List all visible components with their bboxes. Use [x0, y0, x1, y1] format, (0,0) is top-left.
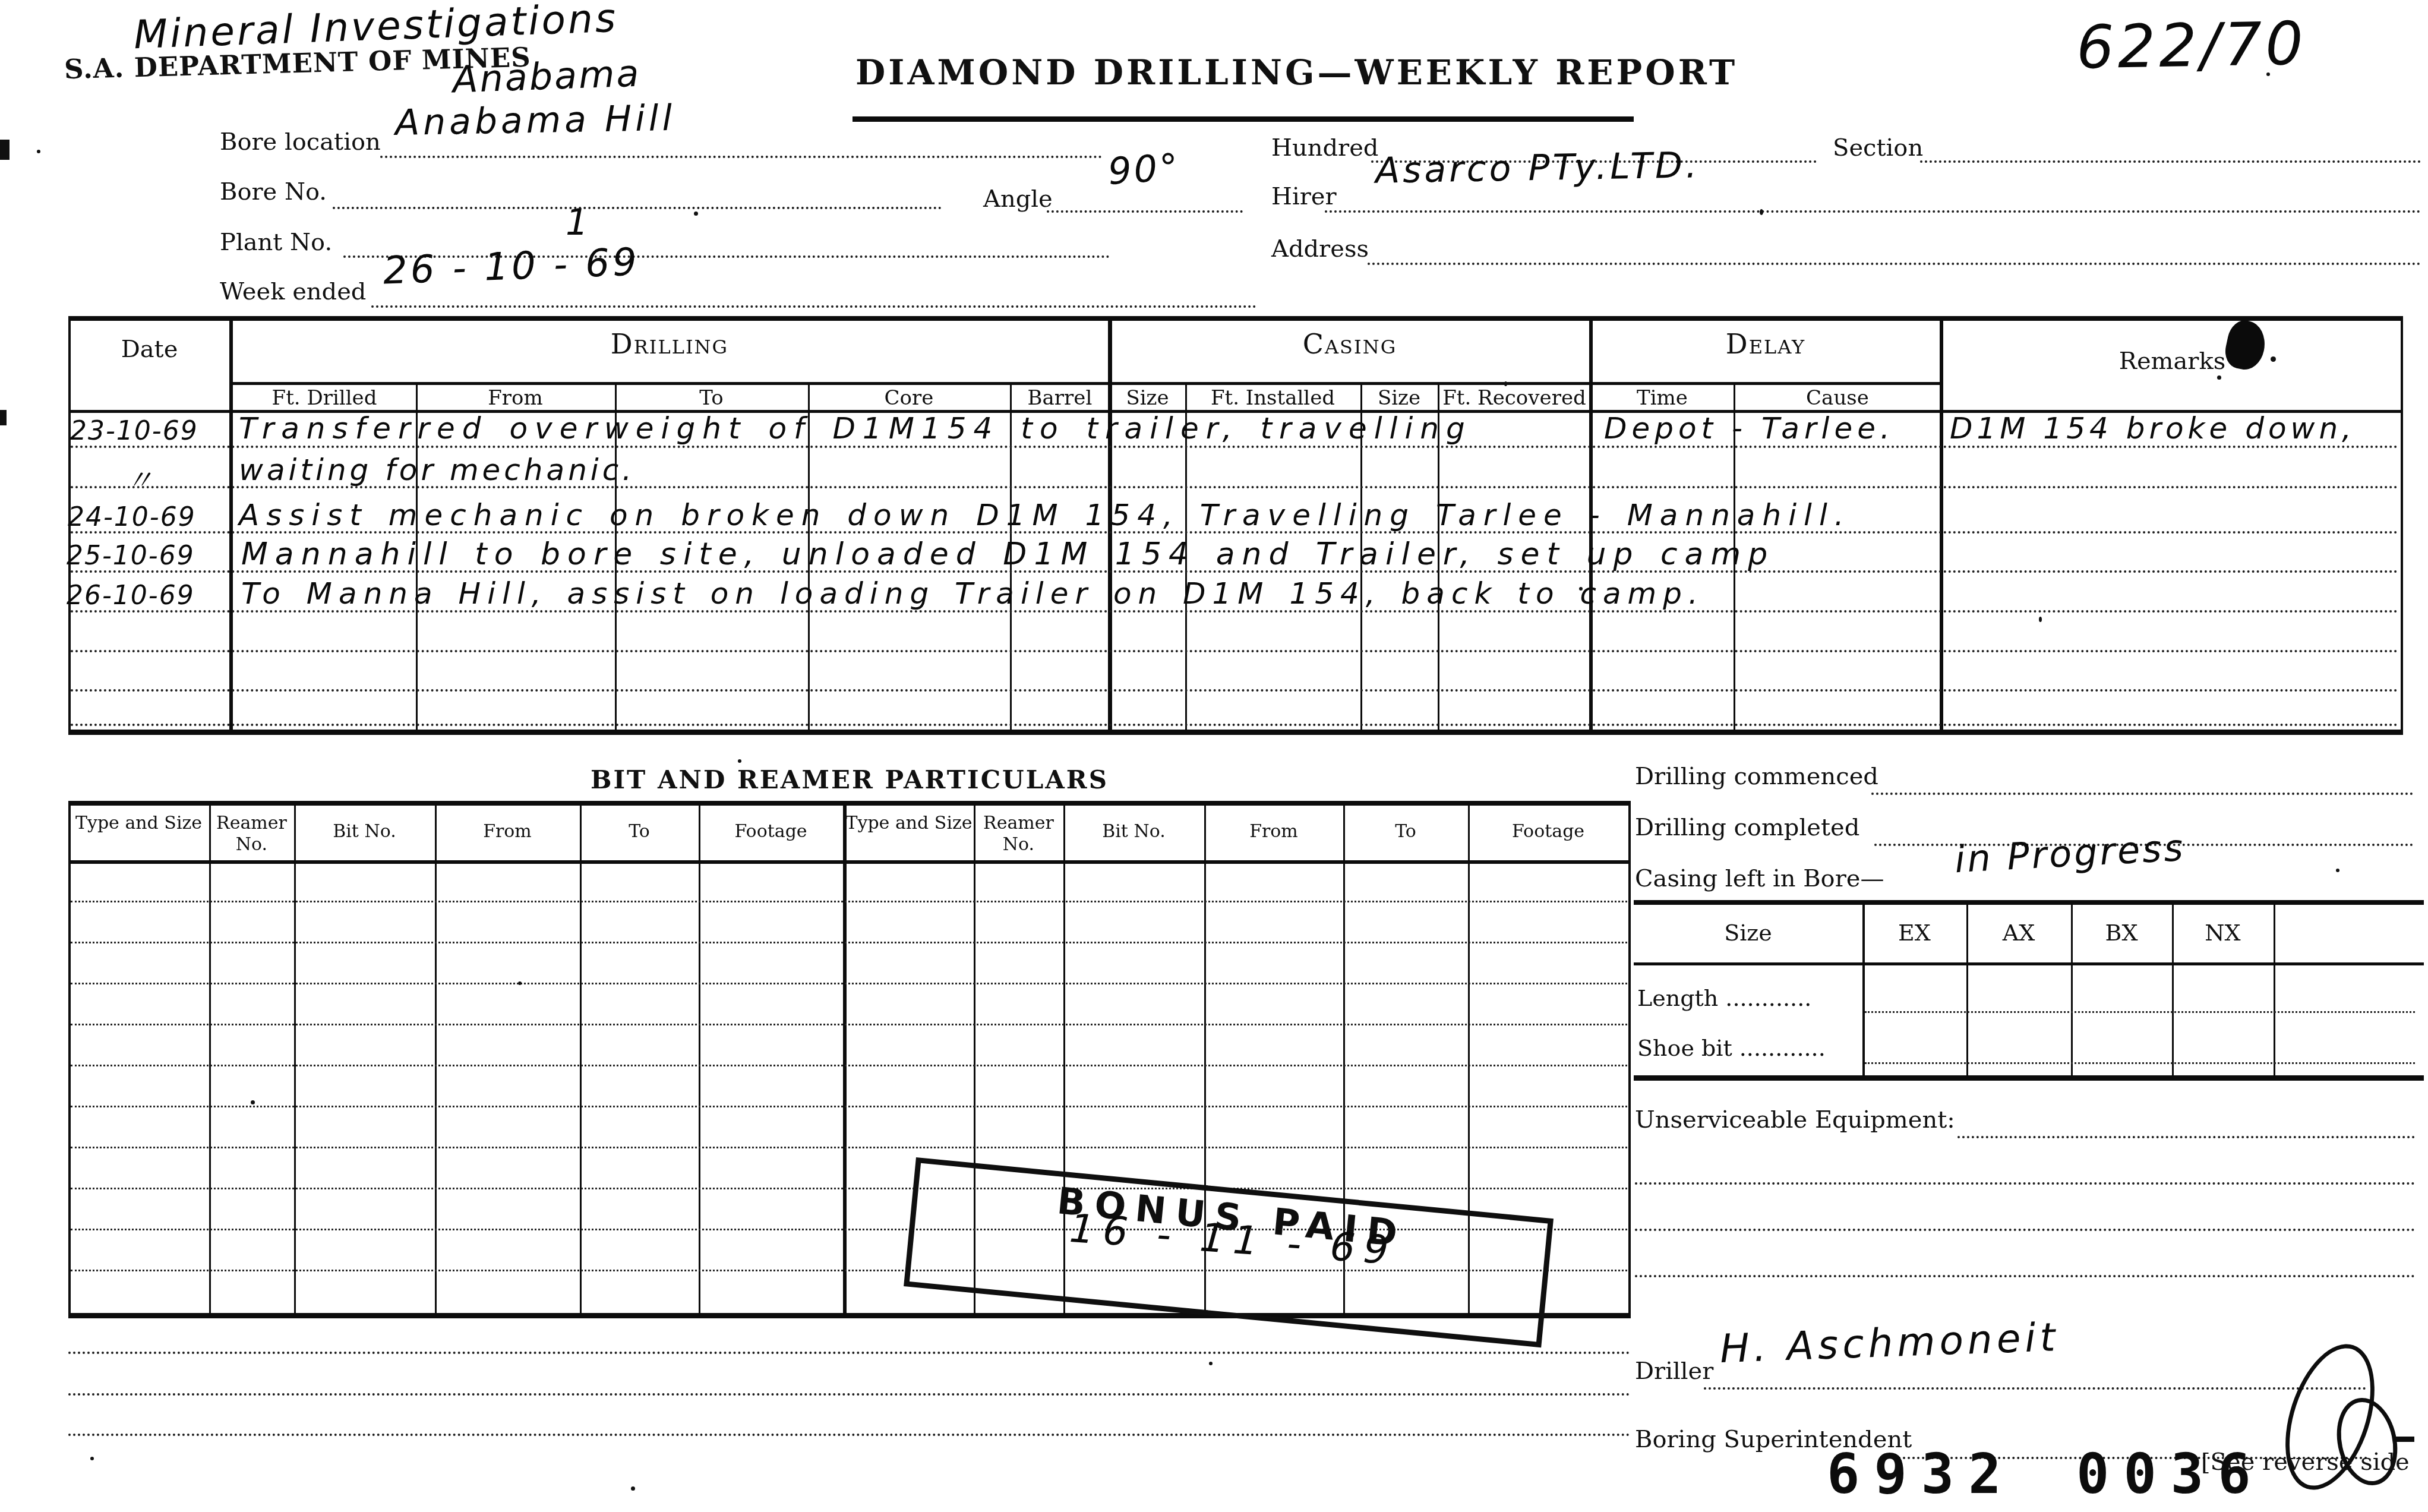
- unserviceable-extra-line: [1635, 1229, 2415, 1231]
- shoe-bit-row-line: [1865, 1062, 2415, 1064]
- table-top-border: [68, 316, 2403, 321]
- bit-table-left-border: [68, 806, 71, 1314]
- bit-col-from-2: From: [1204, 821, 1343, 842]
- subheader-from: From: [416, 386, 615, 410]
- subheader-cause: Cause: [1734, 386, 1941, 410]
- row1-delay: Depot - Tarlee.: [1604, 411, 1895, 446]
- bore-location-value: Anabama Hill: [394, 97, 675, 144]
- bit-col-line: [209, 806, 211, 1314]
- scan-speck: [251, 1100, 255, 1104]
- scanned-weekly-report-form: Mineral Investigations S.A. DEPARTMENT O…: [0, 0, 2428, 1512]
- bit-table-top-border: [68, 801, 1631, 806]
- bore-location-label: Bore location: [220, 128, 381, 156]
- drilling-commenced-line: [1871, 793, 2413, 795]
- scan-speck: [1760, 209, 1763, 215]
- address-label: Address: [1271, 235, 1369, 263]
- subheader-ft-drilled: Ft. Drilled: [233, 386, 416, 410]
- bit-row-line: [71, 1188, 1627, 1189]
- scan-speck: [1209, 1362, 1213, 1365]
- subheader-to: To: [615, 386, 808, 410]
- size-header-bx: BX: [2071, 920, 2172, 946]
- bit-row-line: [71, 942, 1627, 943]
- hirer-line: [1325, 210, 2421, 213]
- week-ended-value: 26 - 10 - 69: [383, 240, 640, 293]
- bit-col-line: [699, 806, 700, 1314]
- week-ended-label: Week ended: [220, 278, 366, 305]
- subheader-time: Time: [1591, 386, 1734, 410]
- bit-col-to-2: To: [1343, 821, 1468, 842]
- bit-table-right-border: [1628, 806, 1631, 1314]
- week-ended-line: [371, 305, 1256, 308]
- plant-no-value: 1: [566, 202, 588, 244]
- footer-line: [68, 1352, 1631, 1354]
- footer-line: [68, 1434, 1631, 1436]
- ink-blot-speck: [2217, 375, 2221, 380]
- angle-value: 90°: [1107, 145, 1182, 193]
- title-underline: [853, 116, 1634, 122]
- bit-col-line: [294, 806, 296, 1314]
- bit-col-type-size-2: Type and Size: [844, 813, 974, 834]
- casing-left-value: in Progress: [1953, 826, 2186, 881]
- plant-no-label: Plant No.: [220, 229, 332, 256]
- bit-col-type-size-1: Type and Size: [68, 813, 209, 834]
- hundred-label: Hundred: [1271, 134, 1378, 162]
- length-row-label: Length ............: [1637, 985, 1811, 1011]
- unserviceable-extra-line: [1635, 1182, 2415, 1185]
- bit-col-bitno-2: Bit No.: [1063, 821, 1204, 842]
- scan-speck: [90, 1457, 94, 1460]
- scan-speck: [2266, 72, 2270, 76]
- table-row-line: [71, 446, 2399, 448]
- unserviceable-line: [1957, 1136, 2415, 1138]
- col-header-remarks: Remarks: [1941, 348, 2403, 375]
- scan-edge-mark: [0, 140, 10, 160]
- section-line: [1920, 160, 2421, 163]
- bit-col-footage-2: Footage: [1468, 821, 1628, 842]
- driller-label: Driller: [1635, 1358, 1713, 1385]
- row3-entry: Assist mechanic on broken down D1M 154, …: [239, 498, 1851, 532]
- table-right-border: [2401, 316, 2403, 735]
- bit-row-line: [71, 1065, 1627, 1066]
- col-header-date: Date: [68, 336, 231, 363]
- col-header-drilling: Drilling: [231, 328, 1109, 360]
- angle-label: Angle: [983, 185, 1053, 213]
- bit-row-line: [71, 1024, 1627, 1025]
- col-header-casing: Casing: [1110, 328, 1590, 360]
- subheader-rule: [1112, 382, 1589, 385]
- row5-entry: To Manna Hill, assist on loading Trailer…: [241, 576, 1704, 611]
- row2-ditto-mark: 〃: [126, 459, 153, 498]
- divider-date-drilling: [229, 316, 233, 735]
- scan-speck: [694, 212, 698, 216]
- bore-no-label: Bore No.: [220, 178, 327, 206]
- footer-line: [68, 1393, 1631, 1396]
- bit-row-line: [71, 983, 1627, 984]
- handwritten-region: Anabama: [452, 52, 642, 102]
- bit-row-line: [71, 1147, 1627, 1148]
- drilling-completed-label: Drilling completed: [1635, 814, 1859, 841]
- file-number: 622/70: [2076, 9, 2307, 83]
- table-row-line: [71, 689, 2399, 692]
- subheader-size-1: Size: [1110, 386, 1185, 410]
- size-col-line: [2274, 905, 2275, 1076]
- row1-entry: Transferred overweight of D1M154 to trai…: [239, 411, 1472, 446]
- subheader-ft-recovered: Ft. Recovered: [1438, 386, 1591, 410]
- size-header-ex: EX: [1862, 920, 1966, 946]
- subheader-size-2: Size: [1360, 386, 1438, 410]
- serial-number-left: 6932: [1827, 1442, 2016, 1506]
- scribble-dash: [2394, 1437, 2414, 1442]
- size-header-ax: AX: [1966, 920, 2071, 946]
- length-row-line: [1865, 1011, 2415, 1013]
- bit-col-from-1: From: [435, 821, 580, 842]
- bit-col-divider-heavy: [843, 806, 847, 1314]
- bit-row-line: [71, 901, 1627, 902]
- scan-edge-mark: [0, 410, 7, 425]
- scan-speck: [2039, 617, 2042, 622]
- bit-col-reamer-1: Reamer No.: [209, 813, 294, 856]
- scan-speck: [631, 1486, 635, 1491]
- scan-speck: [2336, 869, 2339, 872]
- scan-speck: [37, 150, 40, 153]
- subheader-core: Core: [808, 386, 1010, 410]
- size-header-nx: NX: [2172, 920, 2274, 946]
- bit-row-line: [71, 1106, 1627, 1107]
- row3-date: 24-10-69: [68, 502, 196, 532]
- bore-no-line: [333, 207, 942, 209]
- subheader-barrel: Barrel: [1010, 386, 1110, 410]
- table-row-line: [71, 650, 2399, 652]
- size-header-size: Size: [1634, 920, 1862, 946]
- bit-reamer-title: BIT AND REAMER PARTICULARS: [68, 765, 1631, 794]
- hirer-value: Asarco PTy.LTD.: [1375, 144, 1700, 192]
- subheader-rule: [1593, 382, 1940, 385]
- unserviceable-extra-line: [1635, 1275, 2415, 1277]
- size-table-top-border: [1634, 900, 2424, 905]
- scan-speck: [1579, 587, 1583, 591]
- bit-col-line: [580, 806, 582, 1314]
- bit-col-line: [435, 806, 437, 1314]
- row4-entry: Mannahill to bore site, unloaded D1M 154…: [241, 536, 1775, 572]
- col-header-delay: Delay: [1591, 328, 1940, 360]
- row5-date: 26-10-69: [67, 580, 195, 611]
- shoe-bit-row-label: Shoe bit ............: [1637, 1035, 1826, 1061]
- casing-left-label: Casing left in Bore—: [1635, 865, 1884, 892]
- row1-remarks: D1M 154 broke down,: [1950, 411, 2356, 446]
- bit-col-bitno-1: Bit No.: [294, 821, 435, 842]
- serial-number-right: 0036: [2076, 1442, 2265, 1506]
- divider-delay-remarks: [1940, 316, 1943, 735]
- section-label: Section: [1833, 134, 1923, 162]
- address-line: [1368, 263, 2421, 265]
- bit-col-footage-1: Footage: [699, 821, 843, 842]
- driller-signature: H. Aschmoneit: [1719, 1314, 2060, 1372]
- row2-entry: waiting for mechanic.: [239, 453, 635, 487]
- bit-col-reamer-2: Reamer No.: [974, 813, 1063, 856]
- angle-line: [1047, 210, 1243, 213]
- scan-speck: [738, 759, 741, 763]
- subheader-rule: [233, 382, 1108, 385]
- bore-location-line: [380, 156, 1102, 158]
- driller-line: [1704, 1387, 2366, 1390]
- bit-col-to-1: To: [580, 821, 699, 842]
- size-header-rule: [1634, 962, 2424, 965]
- hirer-label: Hirer: [1271, 183, 1337, 210]
- table-bottom-border: [68, 730, 2403, 735]
- bit-header-bottom-rule: [68, 860, 1631, 864]
- size-table-bottom-border: [1634, 1075, 2424, 1081]
- drilling-commenced-label: Drilling commenced: [1635, 763, 1878, 790]
- scan-speck: [1504, 381, 1507, 386]
- table-row-line: [71, 724, 2399, 726]
- ink-blot-speck: [2271, 356, 2276, 362]
- form-title: DIAMOND DRILLING—WEEKLY REPORT: [855, 52, 1634, 93]
- scan-speck: [518, 981, 522, 985]
- row1-date: 23-10-69: [70, 416, 198, 446]
- unserviceable-label: Unserviceable Equipment:: [1635, 1106, 1955, 1134]
- row4-date: 25-10-69: [67, 541, 195, 571]
- subheader-ft-installed: Ft. Installed: [1185, 386, 1360, 410]
